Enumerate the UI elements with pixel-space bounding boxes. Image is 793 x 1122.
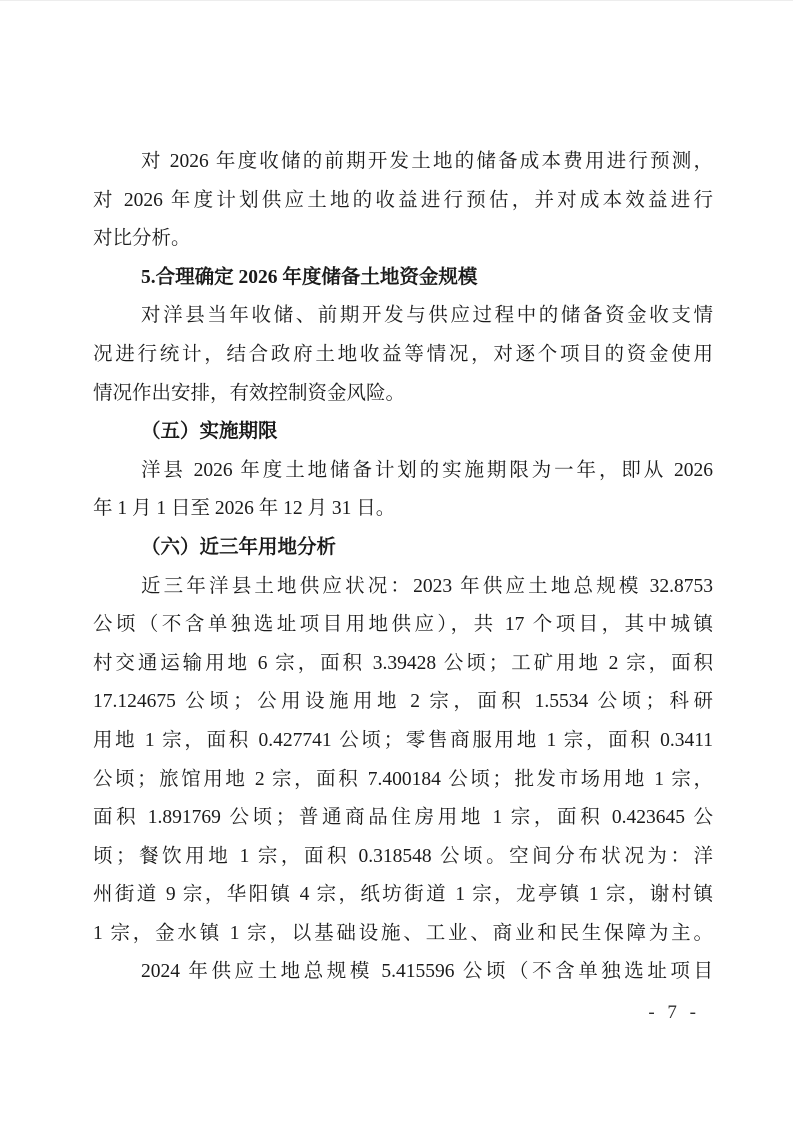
body-line: 州街道 9 宗，华阳镇 4 宗，纸坊街道 1 宗，龙亭镇 1 宗，谢村镇 xyxy=(93,876,713,915)
body-line: 近三年洋县土地供应状况：2023 年供应土地总规模 32.8753 xyxy=(93,568,713,607)
document-body: 对 2026 年度收储的前期开发土地的储备成本费用进行预测， 对 2026 年度… xyxy=(93,143,713,992)
body-line: 情况作出安排，有效控制资金风险。 xyxy=(93,375,713,414)
body-line: 况进行统计，结合政府土地收益等情况，对逐个项目的资金使用 xyxy=(93,336,713,375)
body-line: 公顷（不含单独选址项目用地供应），共 17 个项目，其中城镇 xyxy=(93,606,713,645)
body-line: 对 2026 年度收储的前期开发土地的储备成本费用进行预测， xyxy=(93,143,713,182)
body-line: 面积 1.891769 公顷；普通商品住房用地 1 宗，面积 0.423645 … xyxy=(93,799,713,838)
body-line: 年 1 月 1 日至 2026 年 12 月 31 日。 xyxy=(93,490,713,529)
body-line: 2024 年供应土地总规模 5.415596 公顷（不含单独选址项目 xyxy=(93,953,713,992)
heading-implementation-period: （五）实施期限 xyxy=(93,413,713,452)
heading-funding-scale: 5.合理确定 2026 年度储备土地资金规模 xyxy=(93,259,713,298)
body-line: 公顷；旅馆用地 2 宗，面积 7.400184 公顷；批发市场用地 1 宗， xyxy=(93,761,713,800)
document-page: 对 2026 年度收储的前期开发土地的储备成本费用进行预测， 对 2026 年度… xyxy=(0,0,793,1122)
body-line: 对洋县当年收储、前期开发与供应过程中的储备资金收支情 xyxy=(93,297,713,336)
body-line: 顷；餐饮用地 1 宗，面积 0.318548 公顷。空间分布状况为：洋 xyxy=(93,838,713,877)
body-line: 对比分析。 xyxy=(93,220,713,259)
body-line: 用地 1 宗，面积 0.427741 公顷；零售商服用地 1 宗，面积 0.34… xyxy=(93,722,713,761)
heading-land-use-analysis: （六）近三年用地分析 xyxy=(93,529,713,568)
body-line: 1 宗，金水镇 1 宗，以基础设施、工业、商业和民生保障为主。 xyxy=(93,915,713,954)
body-line: 洋县 2026 年度土地储备计划的实施期限为一年，即从 2026 xyxy=(93,452,713,491)
body-line: 村交通运输用地 6 宗，面积 3.39428 公顷；工矿用地 2 宗，面积 xyxy=(93,645,713,684)
body-line: 17.124675 公顷；公用设施用地 2 宗，面积 1.5534 公顷；科研 xyxy=(93,683,713,722)
body-line: 对 2026 年度计划供应土地的收益进行预估，并对成本效益进行 xyxy=(93,182,713,221)
page-number: - 7 - xyxy=(648,1002,700,1024)
